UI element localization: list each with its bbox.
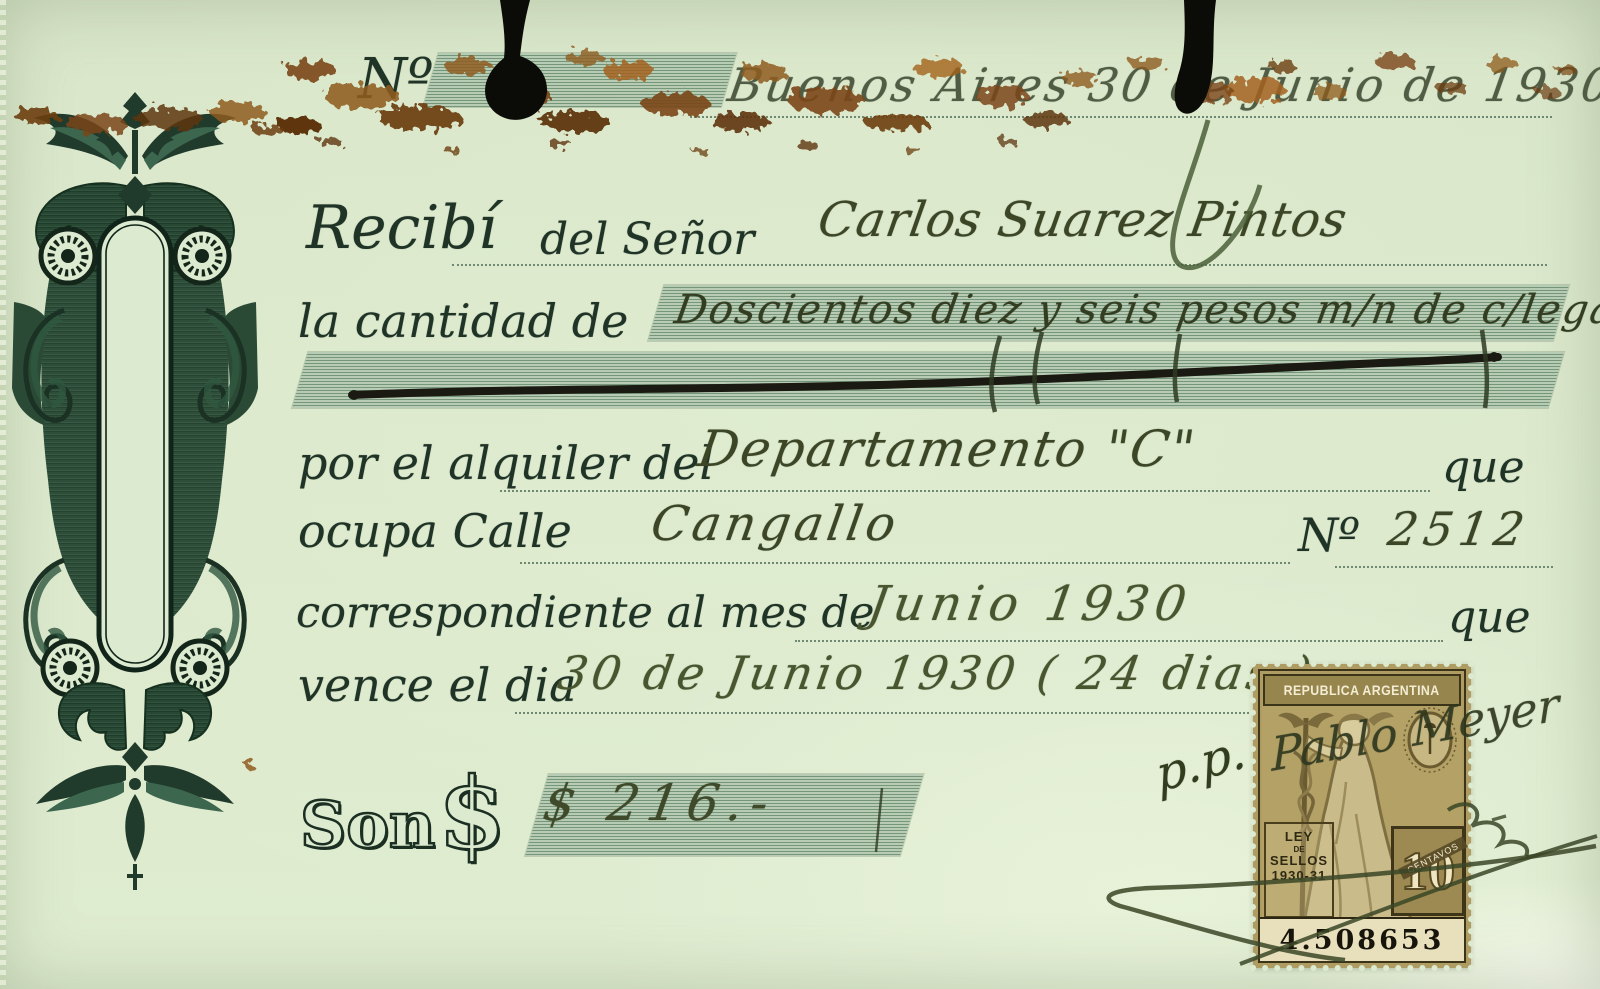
due-rule: [515, 712, 1253, 714]
stamp-law-line3: SELLOS: [1266, 854, 1332, 869]
due-handwriting: 30 de Junio 1930 ( 24 dias ): [555, 650, 1319, 696]
street-rule: [520, 562, 1290, 564]
unit-handwriting: Departamento "C": [695, 424, 1200, 474]
signature-pp: p.p.: [1153, 727, 1248, 800]
from-label: del Señor: [540, 218, 754, 262]
ornament-engraving: [6, 90, 264, 908]
currency-symbol: $: [438, 766, 506, 864]
month-handwriting: Junio 1930: [865, 580, 1195, 628]
stamp-law-panel: LEY DE SELLOS 1930-31: [1264, 822, 1334, 918]
stamp-country-label: REPUBLICA ARGENTINA: [1284, 682, 1440, 698]
street-number-label: Nº: [1298, 512, 1360, 558]
que-label-1: que: [1442, 446, 1525, 490]
stamp-law-line1: LEY: [1266, 830, 1332, 845]
payer-handwriting: Carlos Suarez Pintos: [815, 196, 1351, 244]
received-label: Recibí: [306, 198, 497, 258]
rent-label: por el alquiler del: [298, 440, 714, 486]
occupies-label: ocupa Calle: [298, 508, 572, 554]
street-number-rule: [1335, 566, 1553, 568]
due-label: vence el dia: [298, 662, 577, 708]
stamp-law-line4: 1930-31: [1266, 869, 1332, 884]
city-date-handwriting: Buenos Aires 30 de Junio de 1930: [725, 62, 1600, 108]
month-label: correspondiente al mes de: [296, 592, 875, 635]
receipt-document: Nº Recibí del Señor la cantidad de por e…: [0, 0, 1600, 989]
street-handwriting: Cangallo: [648, 500, 903, 548]
stamp-serial-strip: 4.508653: [1260, 917, 1464, 961]
amount-label: la cantidad de: [298, 298, 628, 344]
receipt-number-band: [423, 53, 736, 107]
son-label: Son: [300, 794, 435, 858]
stamp-serial-number: 4.508653: [1280, 925, 1445, 956]
street-number-handwriting: 2512: [1385, 506, 1533, 552]
que-label-2: que: [1448, 596, 1531, 640]
unit-rule: [500, 490, 1430, 492]
amount-words-handwriting: Doscientos diez y seis pesos m/n de c/le…: [672, 290, 1600, 330]
amount-figures-handwriting: $ 216.-: [540, 778, 780, 828]
receipt-number-label: Nº: [358, 52, 433, 108]
date-rule: [690, 116, 1552, 118]
month-rule: [795, 640, 1443, 642]
amount-continuation-band: [292, 352, 1564, 408]
